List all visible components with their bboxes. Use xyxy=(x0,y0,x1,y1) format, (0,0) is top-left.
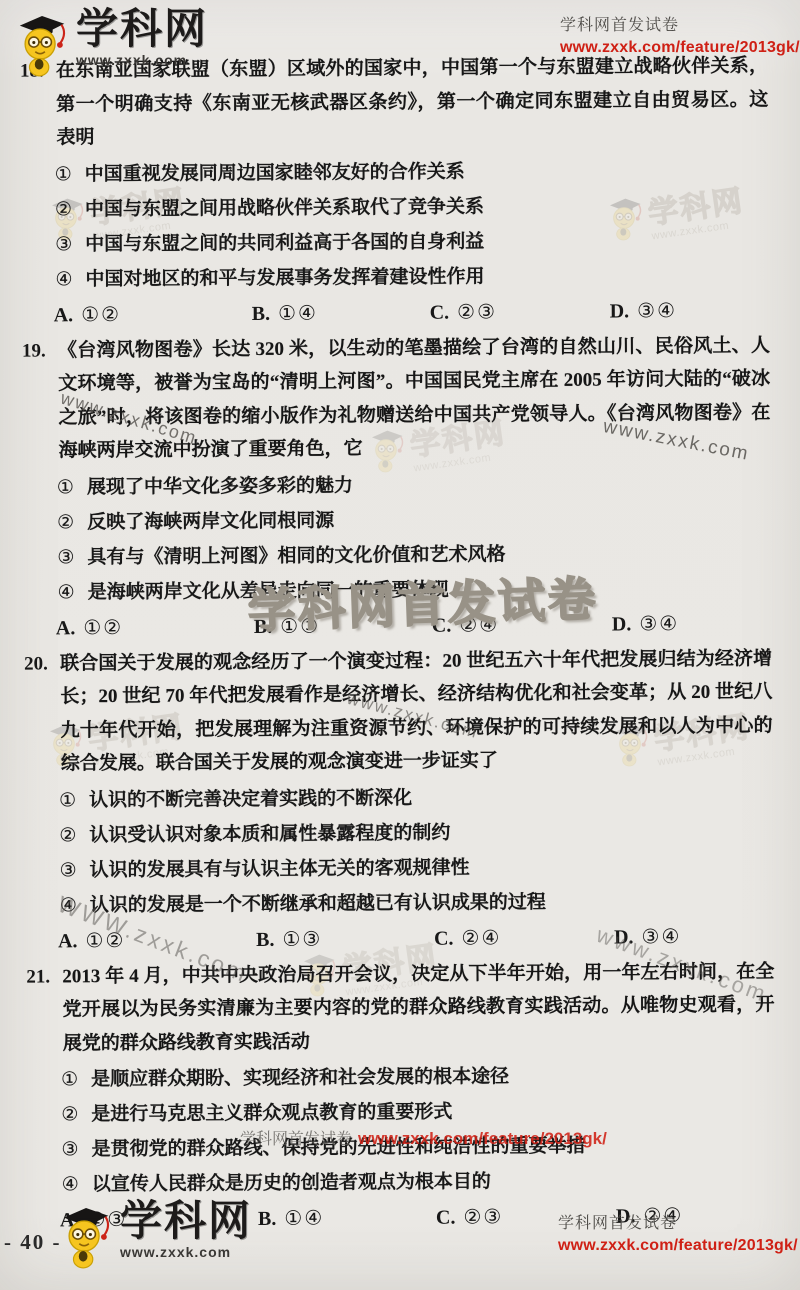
choice-text: 认识受认识对象本质和属性暴露程度的制约 xyxy=(89,815,450,853)
choice-text: 是海峡两岸文化从差异走向同一的重要体现 xyxy=(88,572,449,610)
choice-item: ①中国重视发展同周边国家睦邻友好的合作关系 xyxy=(55,152,769,192)
option-d: D.③④ xyxy=(614,920,682,954)
choice-marker: ① xyxy=(57,470,74,505)
question-18: 18. 在东南亚国家联盟（东盟）区域外的国家中，中国第一个与东盟建立战略伙伴关系… xyxy=(0,49,798,332)
option-b: B.①④ xyxy=(258,1201,436,1236)
option-b: B.①③ xyxy=(254,608,432,643)
option-d: D.③④ xyxy=(610,294,678,328)
question-stem: 联合国关于发展的观念经历了一个演变过程：20 世纪五六十年代把发展归结为经济增长… xyxy=(60,642,773,781)
question-number: 19. xyxy=(22,334,59,468)
option-c: C.②④ xyxy=(432,607,612,642)
choice-marker: ② xyxy=(57,505,74,540)
choice-text: 中国对地区的和平与发展事务发挥着建设性作用 xyxy=(85,259,484,297)
question-stem: 《台湾风物图卷》长达 320 米，以生动的笔墨描绘了台湾的自然山川、民俗风土、人… xyxy=(58,329,771,468)
option-c: C.②④ xyxy=(434,920,614,955)
choice-item: ①是顺应群众期盼、实现经济和社会发展的根本途径 xyxy=(61,1057,775,1097)
choice-item: ③具有与《清明上河图》相同的文化价值和艺术风格 xyxy=(57,535,771,575)
choice-item: ③是贯彻党的群众路线、保持党的先进性和纯洁性的重要举措 xyxy=(61,1127,775,1167)
site-logo: 学科网 www.zxxk.com xyxy=(58,1198,252,1272)
choice-text: 中国重视发展同周边国家睦邻友好的合作关系 xyxy=(85,154,465,192)
banner-url-link: www.zxxk.com/feature/2013gk/ xyxy=(560,39,800,57)
choice-text: 中国与东盟之间用战略伙伴关系取代了竞争关系 xyxy=(85,189,484,227)
banner-title: 学科网首发试卷 xyxy=(558,1210,798,1233)
header-banner: 学科网首发试卷 www.zxxk.com/feature/2013gk/ xyxy=(560,12,800,57)
mascot-icon xyxy=(58,1200,116,1272)
choice-item: ④中国对地区的和平与发展事务发挥着建设性作用 xyxy=(55,257,769,297)
choice-marker: ③ xyxy=(57,540,74,575)
question-19: 19. 《台湾风物图卷》长达 320 米，以生动的笔墨描绘了台湾的自然山川、民俗… xyxy=(0,329,800,646)
choice-text: 具有与《清明上河图》相同的文化价值和艺术风格 xyxy=(87,537,505,575)
choice-text: 展现了中华文化多姿多彩的魅力 xyxy=(87,468,353,505)
option-c: C.②③ xyxy=(430,294,610,329)
choice-item: ③中国与东盟之间的共同利益高于各国的自身利益 xyxy=(55,222,769,262)
choice-item: ④是海峡两岸文化从差异走向同一的重要体现 xyxy=(58,570,772,610)
choice-text: 反映了海峡两岸文化同根同源 xyxy=(87,503,334,540)
choice-text: 是贯彻党的群众路线、保持党的先进性和纯洁性的重要举措 xyxy=(91,1129,585,1167)
option-a: A.①② xyxy=(54,297,252,332)
choice-text: 是进行马克思主义群众观点教育的重要形式 xyxy=(91,1095,452,1133)
choice-item: ②是进行马克思主义群众观点教育的重要形式 xyxy=(61,1092,775,1132)
choice-marker: ④ xyxy=(60,888,77,923)
choice-item: ①认识的不断完善决定着实践的不断深化 xyxy=(59,778,773,818)
choice-marker: ③ xyxy=(55,227,72,262)
choice-marker: ④ xyxy=(58,575,75,610)
question-20: 20. 联合国关于发展的观念经历了一个演变过程：20 世纪五六十年代把发展归结为… xyxy=(0,642,800,959)
choice-item: ②中国与东盟之间用战略伙伴关系取代了竞争关系 xyxy=(55,187,769,227)
choice-item: ②认识受认识对象本质和属性暴露程度的制约 xyxy=(59,813,773,853)
site-logo-text: 学科网 xyxy=(120,1198,252,1244)
site-logo-url: www.zxxk.com xyxy=(120,1242,252,1260)
site-logo-url: www.zxxk.com xyxy=(76,50,208,68)
question-number: 21. xyxy=(26,960,63,1061)
option-d: D.③④ xyxy=(612,607,680,641)
choice-marker: ③ xyxy=(61,1132,78,1167)
option-b: B.①③ xyxy=(256,921,434,956)
option-b: B.①④ xyxy=(252,295,430,330)
site-logo: 学科网 www.zxxk.com xyxy=(14,6,208,80)
question-21: 21. 2013 年 4 月，中共中央政治局召开会议，决定从下半年开始，用一年左… xyxy=(2,955,800,1238)
banner-url-link: www.zxxk.com/feature/2013gk/ xyxy=(558,1237,798,1255)
choice-text: 是顺应群众期盼、实现经济和社会发展的根本途径 xyxy=(91,1059,509,1097)
choice-marker: ④ xyxy=(55,262,72,297)
footer-banner: 学科网首发试卷 www.zxxk.com/feature/2013gk/ xyxy=(558,1210,798,1255)
site-logo-text: 学科网 xyxy=(76,6,208,52)
choice-text: 认识的发展具有与认识主体无关的客观规律性 xyxy=(89,850,469,888)
banner-title: 学科网首发试卷 xyxy=(560,12,800,35)
choice-marker: ① xyxy=(55,157,72,192)
choice-marker: ② xyxy=(55,192,72,227)
choice-item: ④认识的发展是一个不断继承和超越已有认识成果的过程 xyxy=(60,883,774,923)
mascot-icon xyxy=(14,8,72,80)
choice-text: 中国与东盟之间的共同利益高于各国的自身利益 xyxy=(85,224,484,262)
choice-marker: ① xyxy=(59,783,76,818)
choice-text: 认识的不断完善决定着实践的不断深化 xyxy=(89,780,412,817)
choice-item: ②反映了海峡两岸文化同根同源 xyxy=(57,500,771,540)
choice-marker: ① xyxy=(61,1062,78,1097)
choice-text: 认识的发展是一个不断继承和超越已有认识成果的过程 xyxy=(90,884,546,922)
option-a: A.①② xyxy=(58,923,256,958)
page-number: - 40 - xyxy=(4,1230,62,1255)
exam-page-body: 18. 在东南亚国家联盟（东盟）区域外的国家中，中国第一个与东盟建立战略伙伴关系… xyxy=(0,49,800,1240)
choice-item: ③认识的发展具有与认识主体无关的客观规律性 xyxy=(59,848,773,888)
choice-item: ①展现了中华文化多姿多彩的魅力 xyxy=(57,465,771,505)
choice-marker: ② xyxy=(61,1097,78,1132)
choice-marker: ③ xyxy=(59,853,76,888)
question-stem: 2013 年 4 月，中共中央政治局召开会议，决定从下半年开始，用一年左右时间，… xyxy=(62,955,775,1060)
question-number: 20. xyxy=(24,647,61,781)
option-a: A.①② xyxy=(56,610,254,645)
choice-marker: ② xyxy=(59,818,76,853)
